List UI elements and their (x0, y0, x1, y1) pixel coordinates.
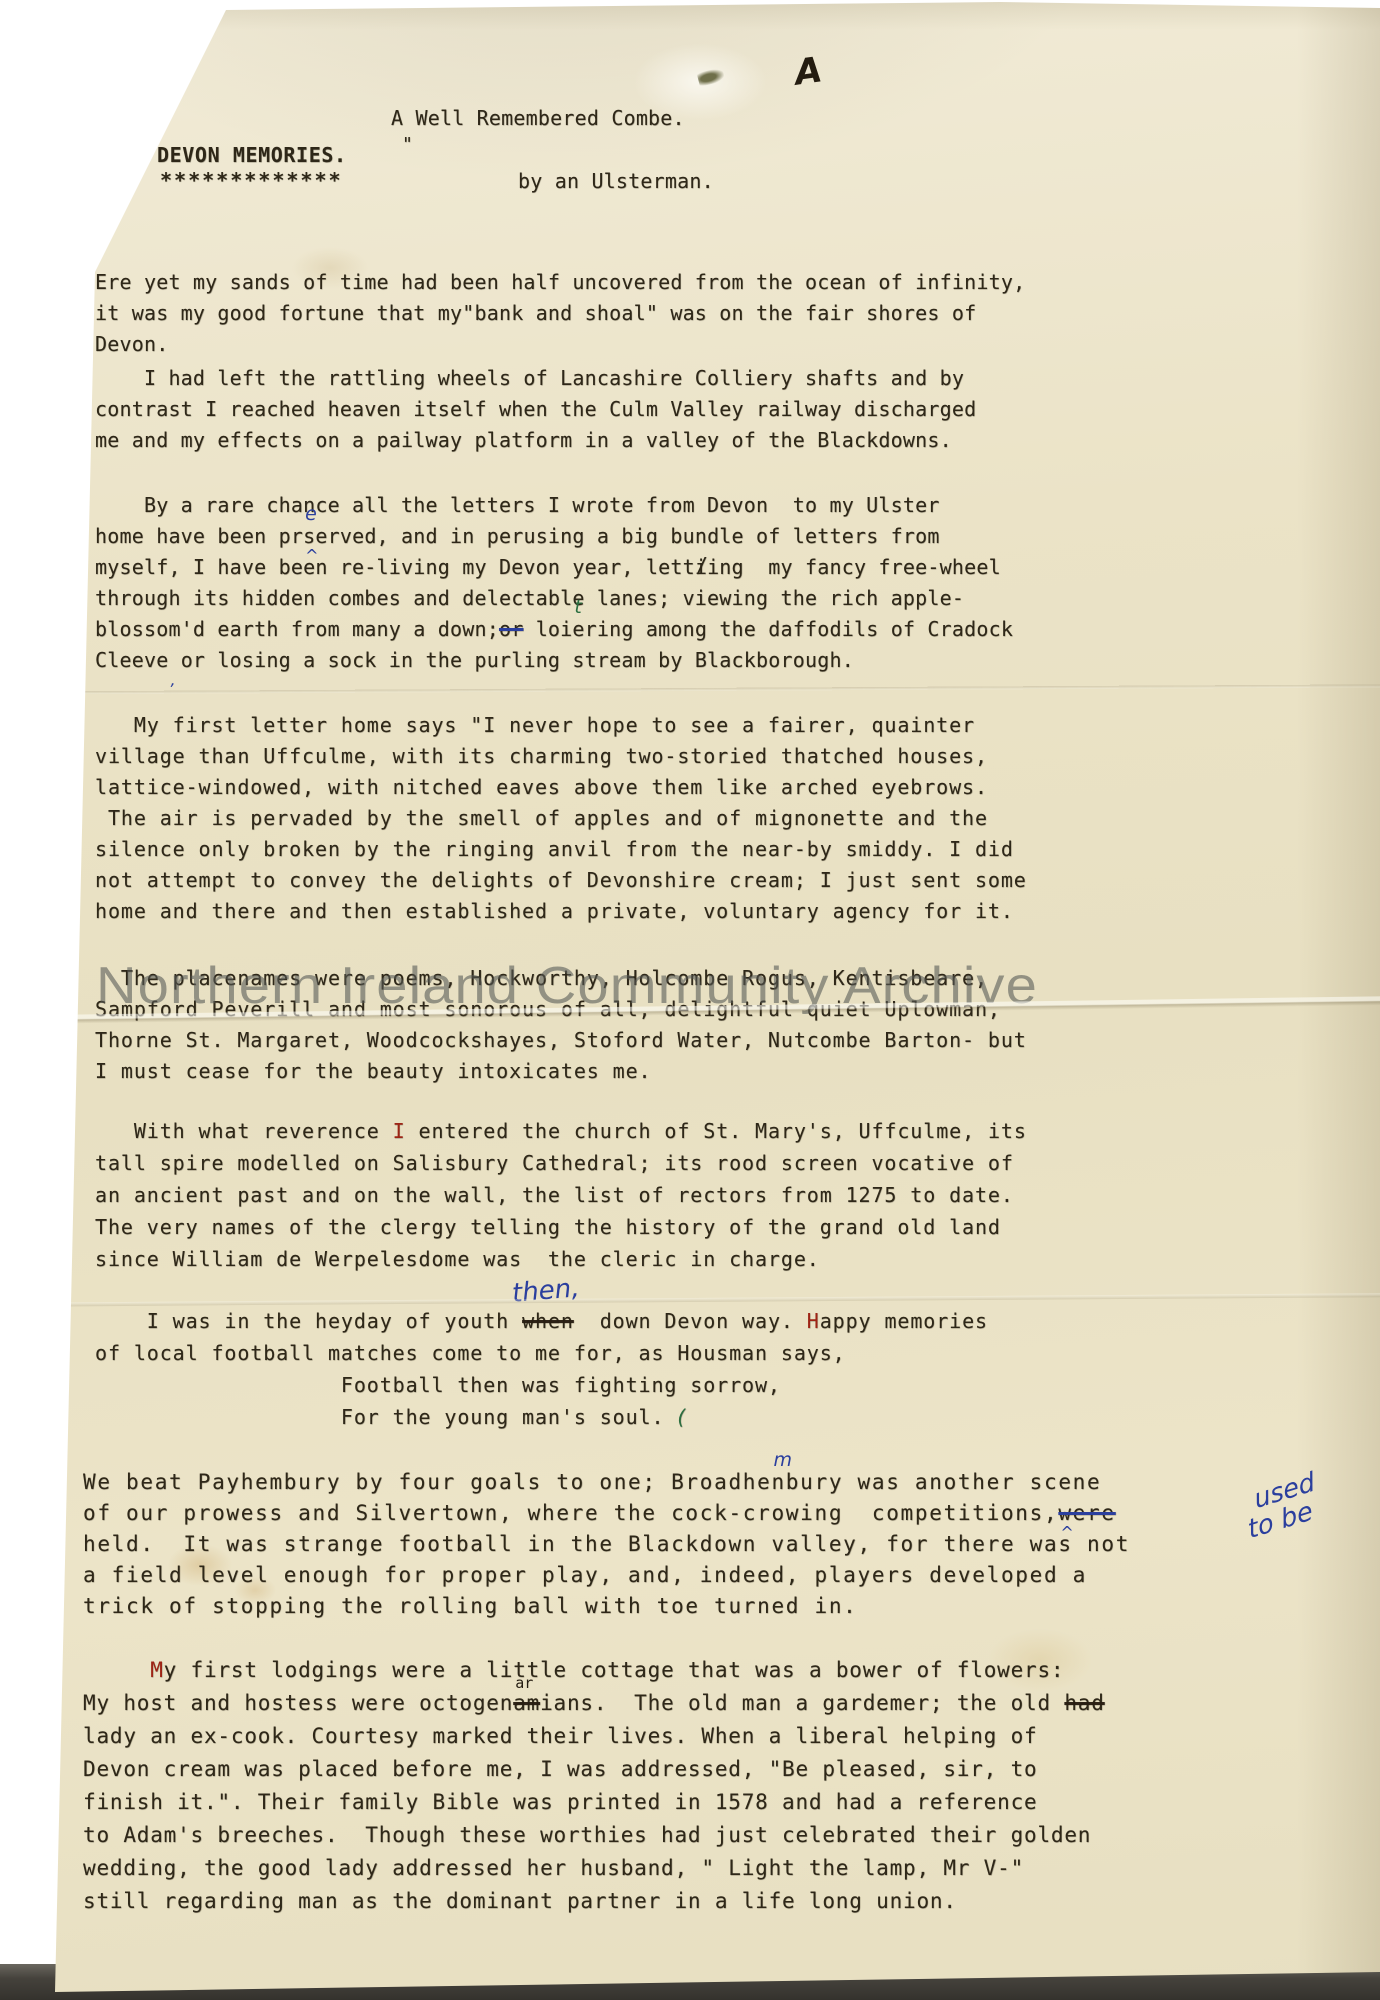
text-segment: of our prowess and Silvertown, where the… (83, 1501, 1058, 1525)
text-segment: My host and hostess were octogen (83, 1691, 513, 1715)
text-segment: appy memories (820, 1309, 988, 1333)
text-segment: Football then was fighting sorrow, (95, 1373, 781, 1397)
series-title: DEVON MEMORIES. (157, 143, 347, 167)
text-line: lattice-windowed, with nitched eaves abo… (95, 772, 1027, 803)
text-line: myself, I have been re-living my Devon y… (95, 552, 1013, 583)
text-segment: The placenames were poems, Hockworthy, H… (95, 966, 988, 990)
text-segment: My first letter home says "I never hope … (95, 713, 975, 737)
text-line: Ere yet my sands of time had been half u… (95, 267, 1025, 298)
text-line: not attempt to convey the delights of De… (95, 865, 1027, 896)
text-line: I must cease for the beauty intoxicates … (95, 1056, 1027, 1087)
text-line: The very names of the clergy telling the… (95, 1211, 1027, 1243)
text-segment: blossom'd earth from many a down; (95, 617, 499, 641)
text-segment: tall spire modelled on Salisbury Cathedr… (95, 1151, 1014, 1175)
text-line: My first lodgings were a little cottage … (83, 1654, 1105, 1687)
text-line: For the young man's soul. ( (95, 1401, 988, 1433)
text-segment: had (1064, 1691, 1104, 1715)
text-line: By a rare chance all the letters I wrote… (95, 490, 1013, 521)
paragraph: The placenames were poems, Hockworthy, H… (95, 963, 1027, 1087)
text-segment: of local football matches come to me for… (95, 1341, 846, 1365)
text-segment: home and there and then established a pr… (95, 899, 1014, 923)
text-segment: By a rare chance all the letters I wrote… (95, 493, 940, 517)
text-segment: held. It was strange football in the Bla… (83, 1532, 1130, 1556)
text-line: We beat Payhembury by four goals to one;… (83, 1467, 1130, 1498)
paragraph: I was in the heyday of youth whenthen, d… (95, 1305, 988, 1433)
text-line: a field level enough for proper play, an… (83, 1560, 1130, 1591)
handwritten-margin-note: used to be (1252, 1469, 1322, 1541)
text-segment: I (393, 1119, 406, 1143)
text-line: Football then was fighting sorrow, (95, 1369, 988, 1401)
text-segment: I must cease for the beauty intoxicates … (95, 1059, 651, 1083)
text-segment: Devon cream was placed before me, I was … (83, 1757, 1037, 1781)
text-segment: were^ (1058, 1498, 1115, 1529)
handwritten-mark-above: m (773, 1451, 792, 1470)
text-segment: trick of stopping the rolling ball with … (83, 1594, 858, 1618)
text-line: still regarding man as the dominant part… (83, 1885, 1105, 1918)
text-line: trick of stopping the rolling ball with … (83, 1591, 1130, 1622)
text-segment: lattice-windowed, with nitched eaves abo… (95, 775, 988, 799)
text-segment: Devon. (95, 332, 168, 356)
text-segment: ing my fancy free-wheel (707, 555, 1001, 579)
text-line: The air is pervaded by the smell of appl… (95, 803, 1027, 834)
text-segment: or (499, 617, 523, 641)
text-line: tall spire modelled on Salisbury Cathedr… (95, 1147, 1027, 1179)
text-line: Thorne St. Margaret, Woodcockshayes, Sto… (95, 1025, 1027, 1056)
text-segment: silence only broken by the ringing anvil… (95, 837, 1014, 861)
text-line: silence only broken by the ringing anvil… (95, 834, 1027, 865)
text-segment: H (807, 1309, 820, 1333)
text-segment: We beat Payhembury by four goals to one;… (83, 1470, 771, 1494)
text-segment: down Devon way. (574, 1309, 807, 1333)
text-segment: it was my good fortune that my"bank and … (95, 301, 976, 325)
text-line: My host and hostess were octogenamarians… (83, 1687, 1105, 1720)
text-segment: ering among the daffodils of Cradockt (572, 614, 1013, 645)
text-segment: still regarding man as the dominant part… (83, 1889, 957, 1913)
text-line: contrast I reached heaven itself when th… (95, 394, 976, 425)
paper-crease (0, 684, 1380, 694)
handwritten-mark-below: ^ (1060, 1525, 1073, 1541)
text-segment: contrast I reached heaven itself when th… (95, 397, 976, 421)
text-line: an ancient past and on the wall, the lis… (95, 1179, 1027, 1211)
handwritten-mark-above: ar (515, 1676, 533, 1691)
text-line: My first letter home says "I never hope … (95, 710, 1027, 741)
text-segment: not attempt to convey the delights of De… (95, 868, 1027, 892)
text-line: of our prowess and Silvertown, where the… (83, 1498, 1130, 1529)
text-line: The placenames were poems, Hockworthy, H… (95, 963, 1027, 994)
text-segment: y first lodgings were a little cottage t… (164, 1658, 1065, 1682)
paragraph: With what reverence I entered the church… (95, 1115, 1027, 1275)
text-line: I had left the rattling wheels of Lancas… (95, 363, 976, 394)
text-line: held. It was strange football in the Bla… (83, 1529, 1130, 1560)
paragraph: We beat Payhembury by four goals to one;… (83, 1467, 1130, 1622)
text-line: me and my effects on a pailway platform … (95, 425, 976, 456)
text-segment: village than Uffculme, with its charming… (95, 744, 988, 768)
text-segment: whenthen, (522, 1305, 574, 1337)
text-segment: amar (513, 1687, 540, 1720)
text-segment: lady an ex-cook. Courtesy marked their l… (83, 1724, 1037, 1748)
text-segment: ( (677, 1405, 686, 1429)
text-segment: a field level enough for proper play, an… (83, 1563, 1087, 1587)
series-underline-stars: ************* (160, 168, 343, 192)
text-line: it was my good fortune that my"bank and … (95, 298, 1025, 329)
text-segment: Ere yet my sands of time had been half u… (95, 270, 1025, 294)
text-line: of local football matches come to me for… (95, 1337, 988, 1369)
text-segment: i (695, 552, 707, 583)
text-segment: since William de Werpelesdome was the cl… (95, 1247, 820, 1271)
handwritten-mark-below: , (170, 672, 175, 688)
text-segment: finish it.". Their family Bible was prin… (83, 1790, 1037, 1814)
paper-flaw (697, 67, 726, 87)
text-segment: I was in the heyday of youth (95, 1309, 522, 1333)
text-segment: wedding, the good lady addressed her hus… (83, 1856, 1024, 1880)
text-line: I was in the heyday of youth whenthen, d… (95, 1305, 988, 1337)
text-segment: myself, I have been re-living my Devon y… (95, 555, 695, 579)
text-segment: For the young man's soul. (95, 1405, 677, 1429)
text-segment: me and my effects on a pailway platform … (95, 428, 952, 452)
text-segment: With what reverence (95, 1119, 393, 1143)
text-line: through its hidden combes and delectable… (95, 583, 1013, 614)
paragraph: My first letter home says "I never hope … (95, 710, 1027, 927)
text-segment: The very names of the clergy telling the… (95, 1215, 1001, 1239)
paragraph: I had left the rattling wheels of Lancas… (95, 363, 976, 456)
text-line: Devon cream was placed before me, I was … (83, 1753, 1105, 1786)
text-line: village than Uffculme, with its charming… (95, 741, 1027, 772)
paragraph: Ere yet my sands of time had been half u… (95, 267, 1025, 360)
text-segment: to Adam's breeches. Though these worthie… (83, 1823, 1091, 1847)
text-segment: nbury was another scenem (771, 1467, 1101, 1498)
handwritten-mark-above: then, (511, 1276, 580, 1308)
text-segment: entered the church of St. Mary's, Uffcul… (406, 1119, 1027, 1143)
text-line: to Adam's breeches. Though these worthie… (83, 1819, 1105, 1852)
text-segment: ians. The old man a gardemer; the old (540, 1691, 1064, 1715)
text-line: since William de Werpelesdome was the cl… (95, 1243, 1027, 1275)
text-line: wedding, the good lady addressed her hus… (83, 1852, 1105, 1885)
text-segment: Cleeve (95, 648, 168, 672)
text-segment: Sampford Peverill and most sonorous of a… (95, 997, 1001, 1021)
text-line: Sampford Peverill and most sonorous of a… (95, 994, 1027, 1025)
text-line: home have been prserved, and in perusing… (95, 521, 1013, 552)
text-line: Devon. (95, 329, 1025, 360)
text-line: With what reverence I entered the church… (95, 1115, 1027, 1147)
text-line: home and there and then established a pr… (95, 896, 1027, 927)
handwritten-mark-above: e (305, 505, 317, 524)
handwritten-mark-below: ^ (305, 548, 318, 564)
scanned-letter-page: A A Well Remembered Combe. " DEVON MEMOR… (0, 0, 1380, 2000)
text-segment: Thorne St. Margaret, Woodcockshayes, Sto… (95, 1028, 1027, 1052)
text-line: blossom'd earth from many a down;or loie… (95, 614, 1013, 645)
text-segment: M (150, 1658, 163, 1682)
text-segment: an ancient past and on the wall, the lis… (95, 1183, 1014, 1207)
text-segment: I had left the rattling wheels of Lancas… (95, 366, 964, 390)
byline: by an Ulsterman. (518, 169, 714, 193)
text-segment: through its hidden combes and delectable… (95, 586, 964, 610)
text-segment (83, 1658, 150, 1682)
handwritten-mark-above: t (574, 598, 581, 617)
handwritten-insert-letter: A (792, 50, 824, 93)
text-segment: or losing a sock in the purling stream b… (168, 645, 854, 676)
paragraph: My first lodgings were a little cottage … (83, 1654, 1105, 1918)
text-line: finish it.". Their family Bible was prin… (83, 1786, 1105, 1819)
text-line: lady an ex-cook. Courtesy marked their l… (83, 1720, 1105, 1753)
paragraph: By a rare chance all the letters I wrote… (95, 490, 1013, 676)
text-line: Cleeve or losing a sock in the purling s… (95, 645, 1013, 676)
text-segment: served, and in perusing a big bundle of … (303, 521, 940, 552)
text-segment: The air is pervaded by the smell of appl… (95, 806, 988, 830)
typed-quote-mark: " (402, 134, 413, 155)
text-segment: home have been pr (95, 524, 303, 548)
text-segment: loi (523, 617, 572, 641)
document-title: A Well Remembered Combe. (391, 106, 685, 130)
